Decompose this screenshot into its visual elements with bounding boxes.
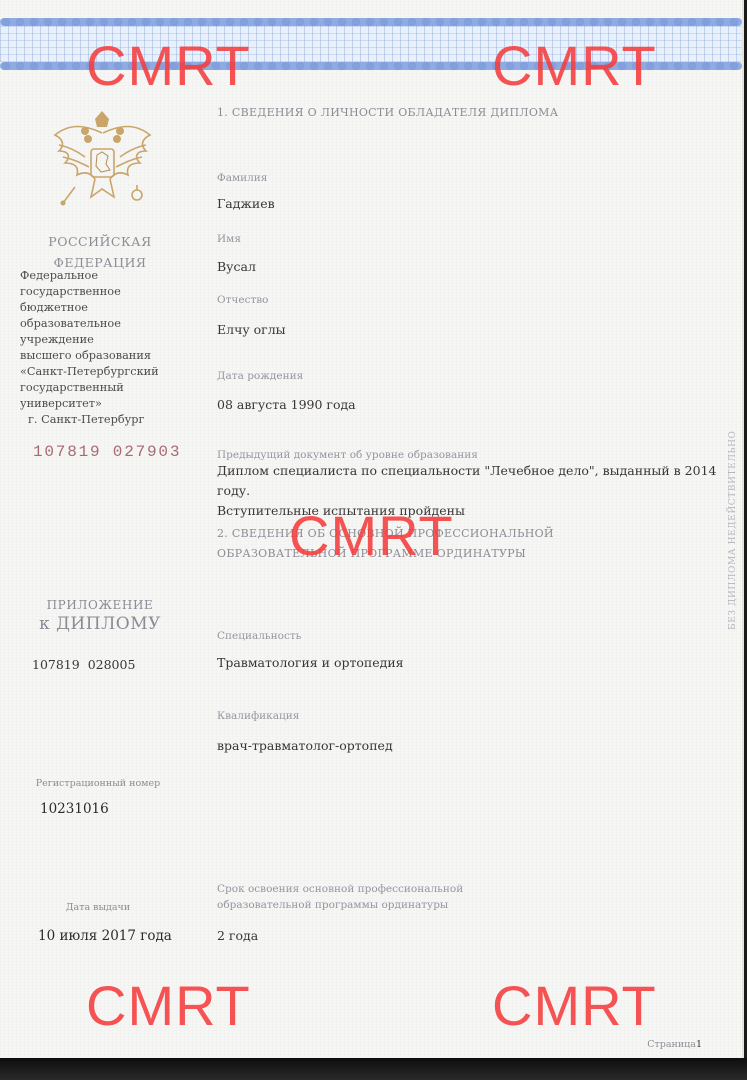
- watermark: CMRT: [86, 978, 251, 1034]
- org-line: университет»: [20, 396, 200, 412]
- appendix-title-line1: ПРИЛОЖЕНИЕ: [0, 598, 200, 612]
- org-line: высшего образования: [20, 348, 200, 364]
- org-line: Федеральное: [20, 268, 200, 284]
- name-label: Имя: [217, 233, 241, 245]
- page-label: Страница: [647, 1039, 696, 1050]
- org-line: учреждение: [20, 332, 200, 348]
- surname-label: Фамилия: [217, 172, 267, 184]
- org-line: государственное: [20, 284, 200, 300]
- diploma-appendix-page: РОССИЙСКАЯ ФЕДЕРАЦИЯ Федеральное государ…: [0, 0, 744, 1058]
- issue-date-label: Дата выдачи: [0, 902, 198, 913]
- background-surface: [0, 1058, 747, 1080]
- specialty-value: Травматология и ортопедия: [217, 655, 404, 670]
- page-number-value: 1: [696, 1039, 702, 1050]
- name-value: Вусал: [217, 259, 256, 274]
- country-name-line1: РОССИЙСКАЯ: [0, 234, 200, 249]
- org-line: государственный: [20, 380, 200, 396]
- appendix-number: 107819 028005: [32, 657, 135, 672]
- registration-label: Регистрационный номер: [0, 778, 198, 789]
- side-validity-note: БЕЗ ДИПЛОМА НЕДЕЙСТВИТЕЛЬНО: [728, 430, 742, 630]
- page-number: Страница1: [647, 1039, 702, 1050]
- watermark: CMRT: [86, 38, 251, 94]
- org-city: г. Санкт-Петербург: [20, 412, 200, 428]
- organization-name: Федеральное государственное бюджетное об…: [20, 268, 200, 428]
- section1-heading: 1. СВЕДЕНИЯ О ЛИЧНОСТИ ОБЛАДАТЕЛЯ ДИПЛОМ…: [217, 103, 558, 123]
- watermark: CMRT: [289, 508, 454, 564]
- patronymic-value: Елчу оглы: [217, 322, 286, 337]
- duration-value: 2 года: [217, 928, 258, 943]
- qualification-label: Квалификация: [217, 710, 299, 722]
- org-line: «Санкт-Петербургский: [20, 364, 200, 380]
- issue-date: 10 июля 2017 года: [38, 928, 172, 944]
- duration-label-line: Срок освоения основной профессиональной: [217, 881, 463, 897]
- left-column: РОССИЙСКАЯ ФЕДЕРАЦИЯ Федеральное государ…: [0, 0, 205, 1058]
- org-line: образовательное: [20, 316, 200, 332]
- surname-value: Гаджиев: [217, 196, 275, 211]
- birthdate-value: 08 августа 1990 года: [217, 397, 356, 412]
- duration-label-line: образовательной программы ординатуры: [217, 897, 463, 913]
- org-line: бюджетное: [20, 300, 200, 316]
- prev-doc-line: Диплом специалиста по специальности "Леч…: [217, 461, 717, 501]
- watermark: CMRT: [492, 38, 657, 94]
- qualification-value: врач-травматолог-ортопед: [217, 738, 393, 753]
- coat-of-arms-icon: [45, 105, 160, 215]
- duration-label: Срок освоения основной профессиональной …: [217, 881, 463, 913]
- form-serial-number: 107819 027903: [33, 443, 181, 461]
- appendix-title-line2: к ДИПЛОМУ: [0, 614, 200, 634]
- birthdate-label: Дата рождения: [217, 370, 303, 382]
- watermark: CMRT: [492, 978, 657, 1034]
- registration-number: 10231016: [40, 801, 109, 817]
- specialty-label: Специальность: [217, 630, 301, 642]
- prev-doc-label: Предыдущий документ об уровне образовани…: [217, 449, 478, 461]
- patronymic-label: Отчество: [217, 294, 269, 306]
